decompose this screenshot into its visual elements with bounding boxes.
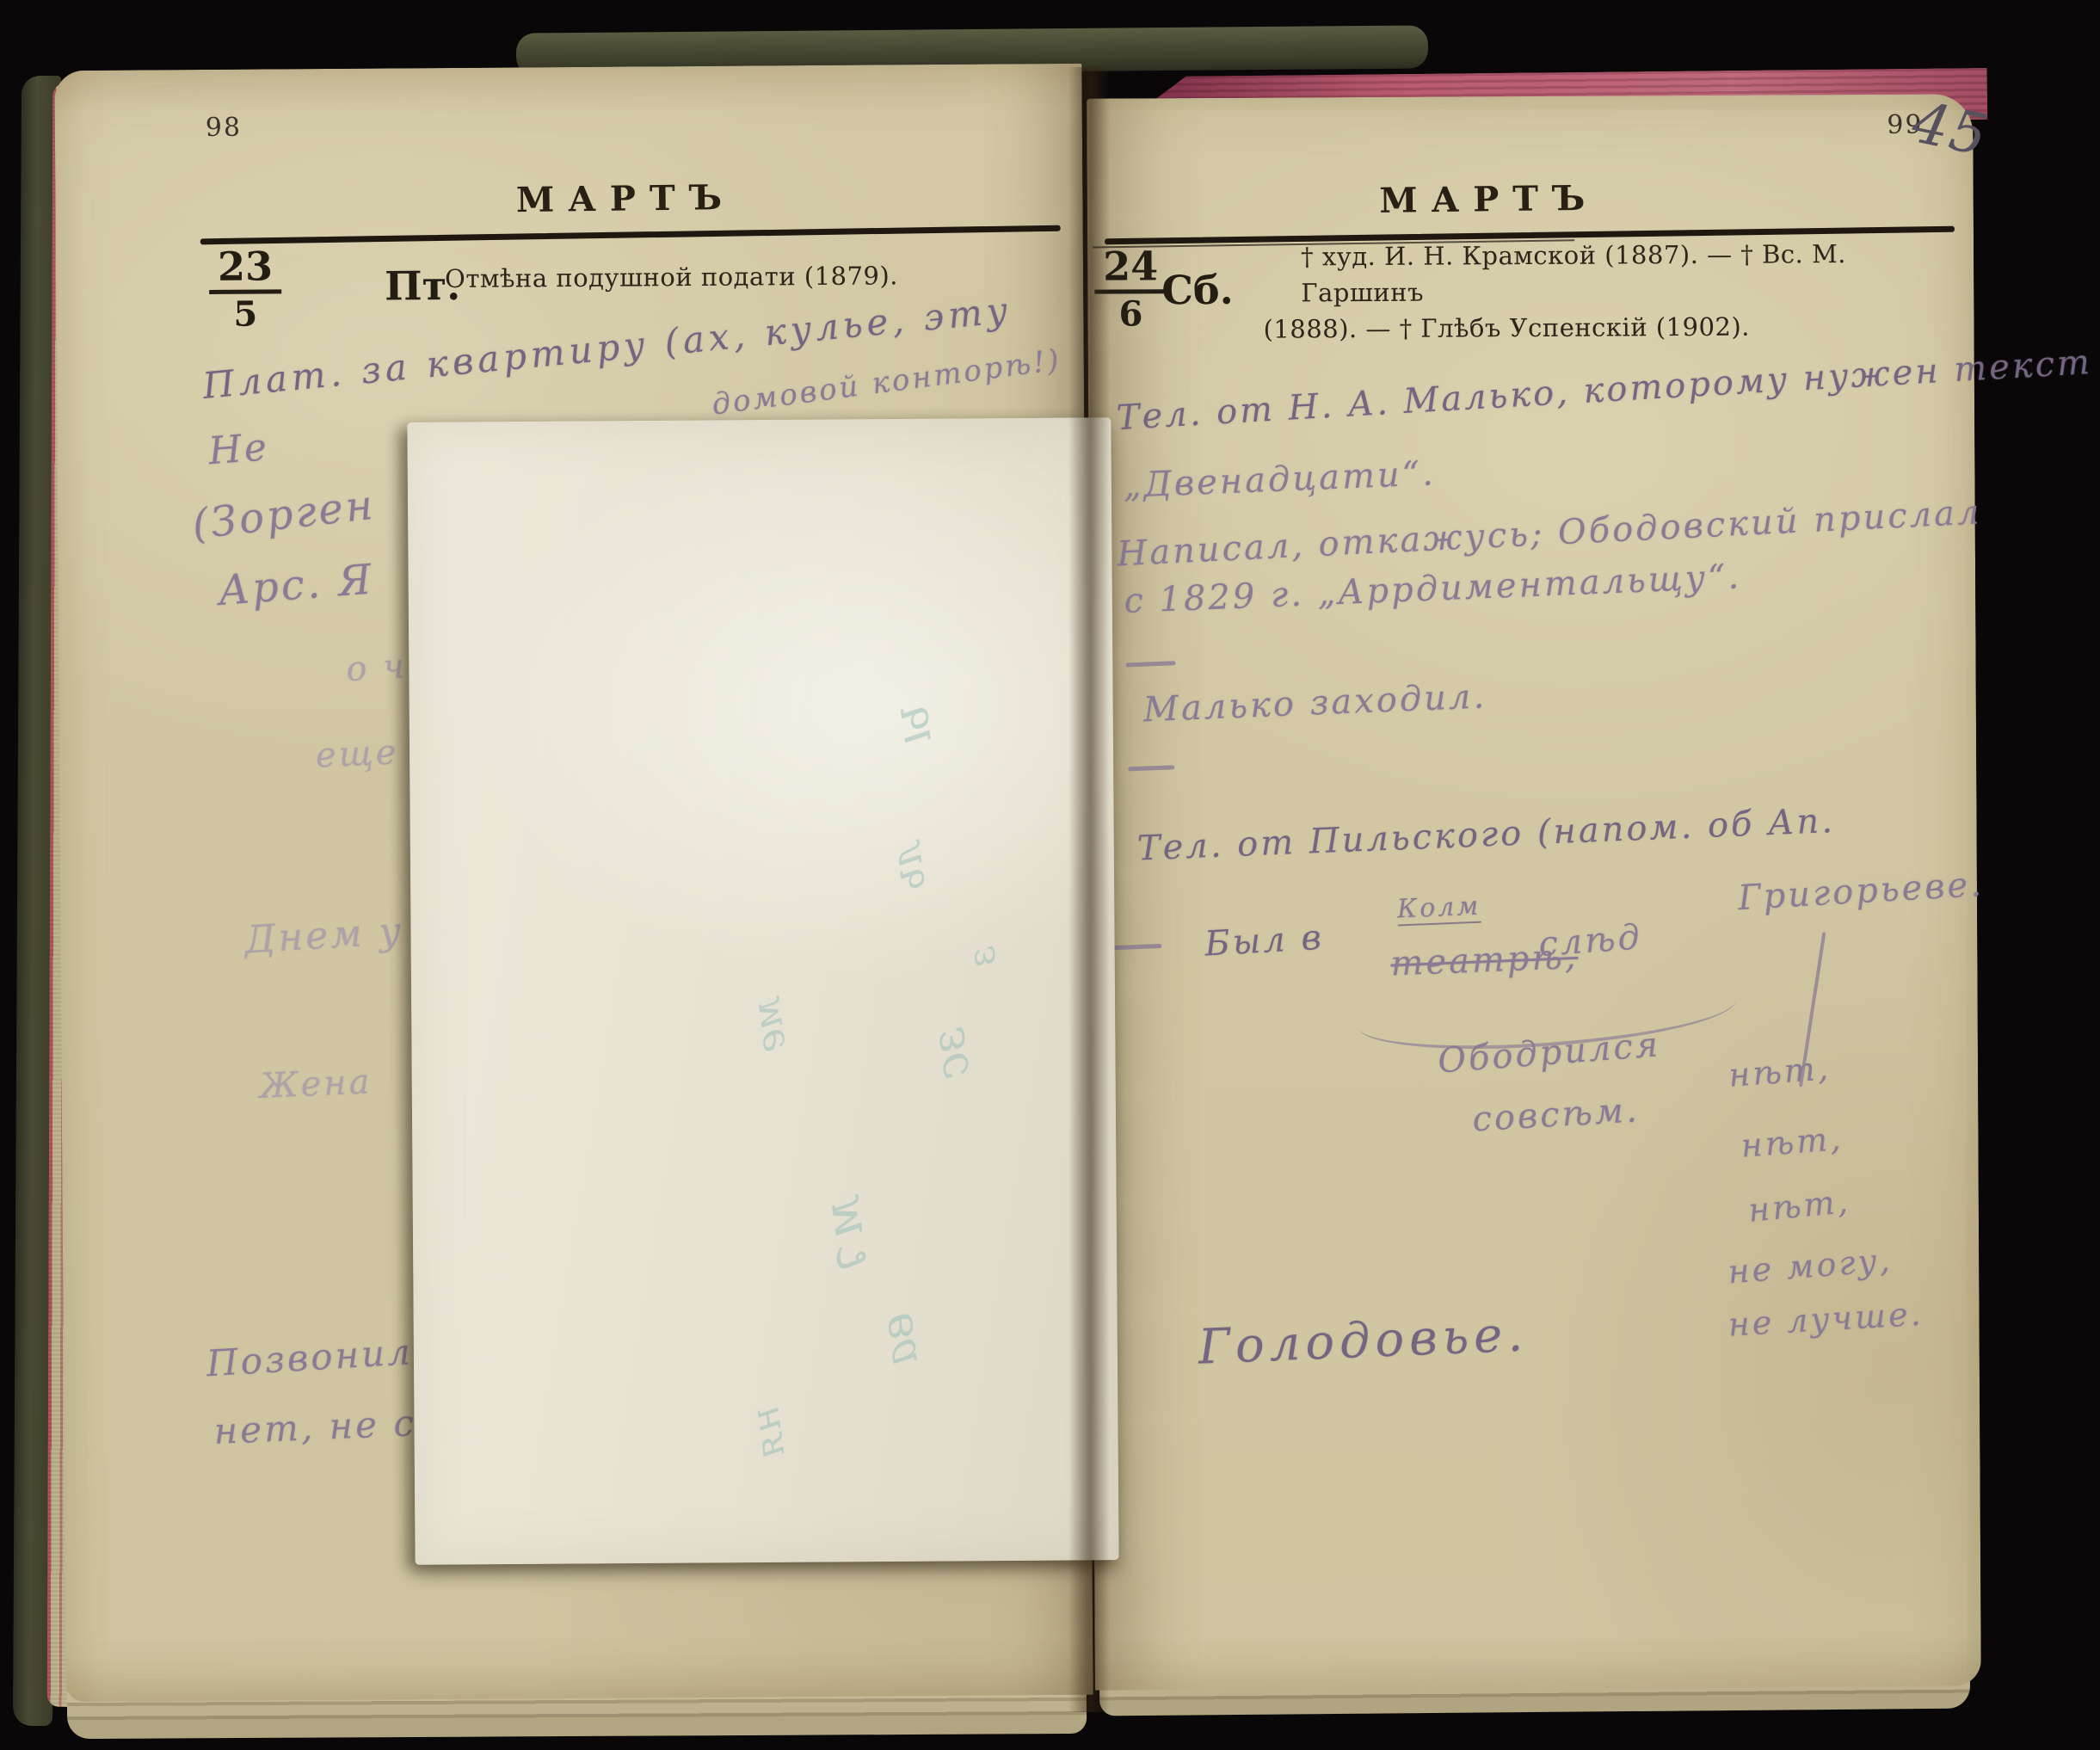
right-printed-event-line1: † худ. И. Н. Крамской (1887). — † Вс. М.… (1263, 235, 1951, 311)
handwritten-column-item: не могу, (1727, 1243, 1894, 1288)
left-month-header: МАРТЪ (112, 172, 1139, 225)
left-page-number: 98 (206, 113, 242, 143)
handwritten-column-item: нѣт, (1740, 1122, 1844, 1162)
handwritten-column-item: нѣт, (1727, 1051, 1832, 1092)
handwritten-dash (1126, 661, 1176, 667)
ink-bleedthrough-mark: мว (799, 1190, 890, 1272)
open-diary-photo: 98 МАРТЪ 23 5 Пт. Отмѣна подушной подати… (0, 0, 2100, 1750)
left-date-old-style: 5 (209, 293, 281, 332)
left-header-rule (200, 225, 1061, 245)
handwritten-column-item: нѣт, (1746, 1185, 1851, 1227)
inserted-paper-slip: ы ль зс ме мว ва ня з (407, 417, 1118, 1565)
handwritten-note: Был в (1204, 921, 1325, 962)
handwritten-note: Малько заходил. (1142, 679, 1487, 727)
handwritten-note: Григорьеве. (1737, 867, 1985, 915)
right-month-header: МАРТЪ (1046, 174, 1932, 225)
handwritten-note: Голодовье. (1198, 1310, 1529, 1371)
handwritten-insertion-above-line: Колм (1396, 894, 1481, 927)
left-date-new-style: 23 (209, 246, 281, 294)
pencil-folio-number: 45 (1906, 89, 1994, 169)
ink-bleedthrough-mark: ня (741, 1403, 793, 1461)
handwritten-note: Написал, откажусь; Ободовский прислал (1116, 495, 1982, 571)
handwritten-note: совсѣм. (1471, 1093, 1640, 1137)
book-gutter-shadow (1068, 67, 1110, 1712)
handwritten-note: домовой конторѣ!) (710, 345, 1062, 419)
handwritten-column-item: не лучше. (1727, 1297, 1924, 1341)
left-date-fraction: 23 5 (209, 246, 282, 332)
handwritten-note: „Двенадцати“. (1123, 456, 1437, 503)
right-weekday: Сб. (1161, 267, 1234, 313)
handwritten-note: Не (207, 428, 271, 471)
ink-bleedthrough-mark: ва (871, 1310, 928, 1369)
ink-bleedthrough-mark: з (959, 944, 1006, 970)
handwritten-note: Арс. Я (217, 558, 375, 612)
ink-bleedthrough-mark: ме (742, 994, 795, 1056)
ink-bleedthrough-mark: ы (880, 701, 944, 749)
right-page: 99 45 МАРТЪ 24 6 Сб. † худ. И. Н. Крамск… (1087, 94, 1981, 1690)
handwritten-note: (Зорген (190, 484, 378, 546)
handwritten-note: Жена (259, 1064, 373, 1103)
handwritten-note: Тел. от Пильского (напом. об Ап. (1136, 804, 1835, 866)
handwritten-note: Тел. от Н. А. Малько, которому нужен тек… (1116, 345, 2093, 435)
handwritten-note: слѣд (1537, 920, 1643, 962)
right-printed-event: † худ. И. Н. Крамской (1887). — † Вс. М.… (1263, 235, 1952, 347)
right-printed-event-line2: (1888). — † Глѣбъ Успенскій (1902). (1263, 308, 1951, 348)
ink-bleedthrough-mark: зс (920, 1024, 980, 1081)
left-printed-event: Отмѣна подушной подати (1879). (445, 261, 898, 293)
handwritten-dash (1128, 765, 1174, 771)
ink-bleedthrough-mark: ль (879, 837, 935, 894)
handwritten-note: нет, не с (213, 1405, 417, 1450)
handwritten-note: Днем у (243, 913, 404, 960)
